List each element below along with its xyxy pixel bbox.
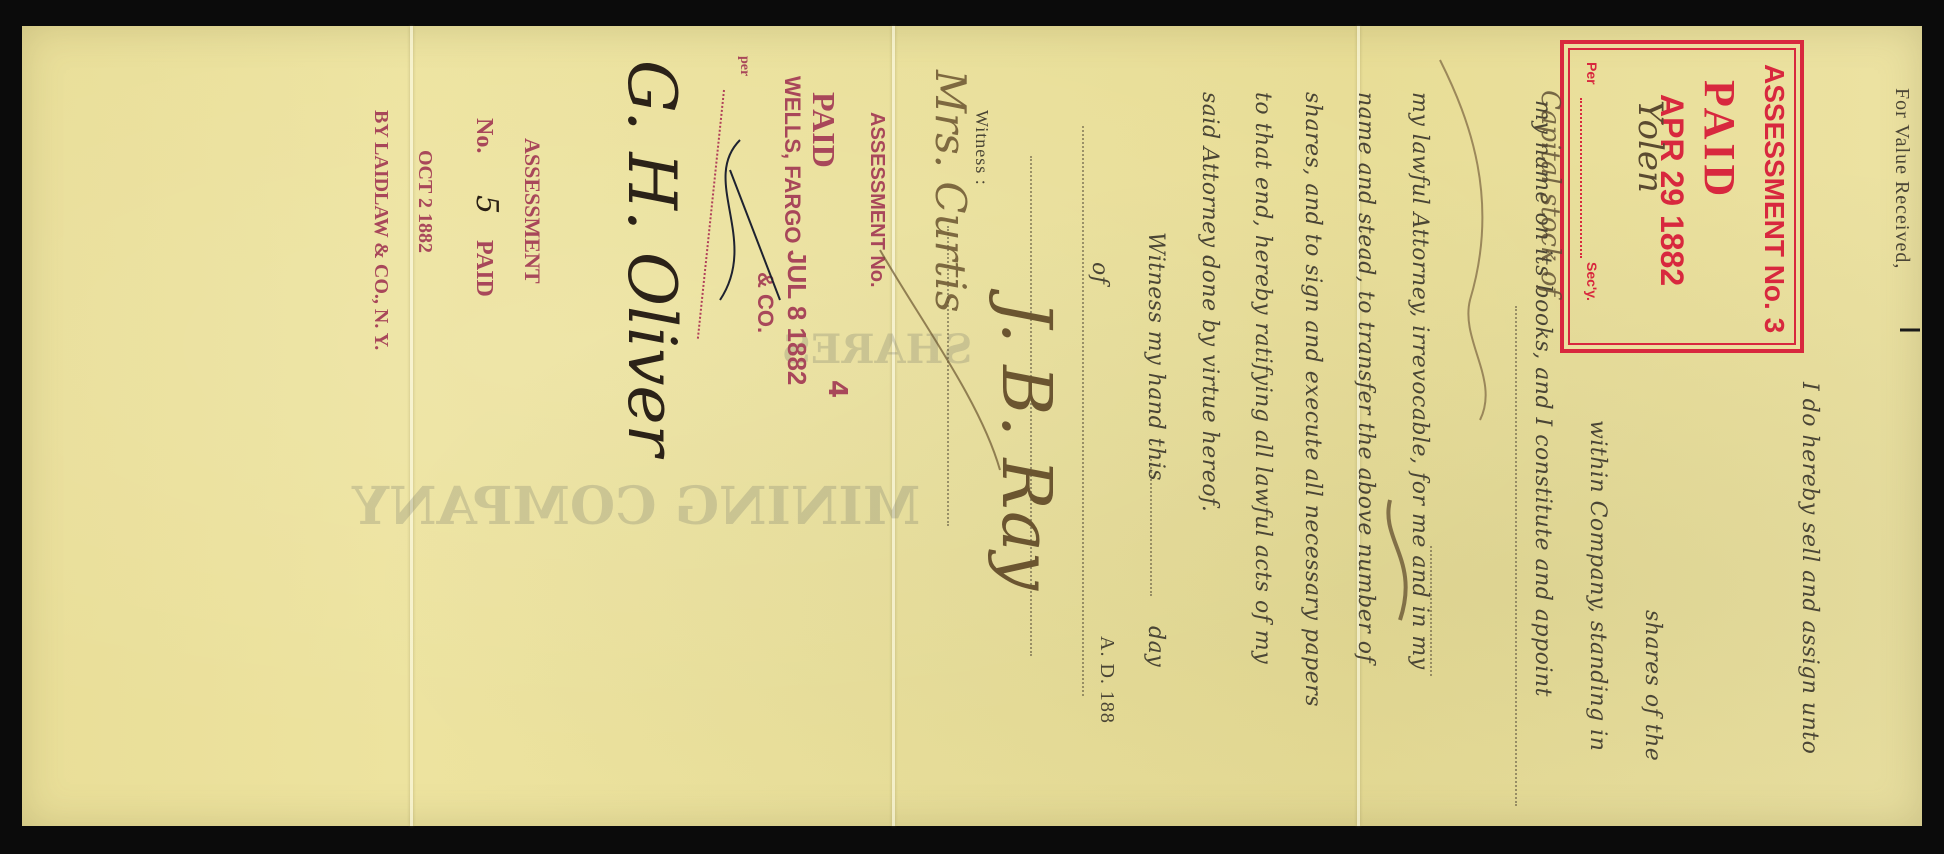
ink-strokes xyxy=(0,0,1944,854)
